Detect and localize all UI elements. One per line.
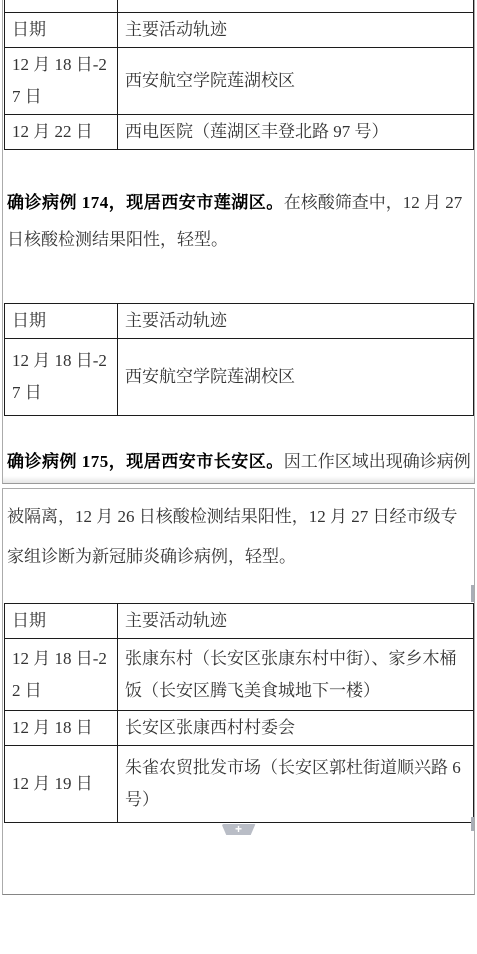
table-row: 12 月 18 日-27 日 西安航空学院莲湖校区 <box>5 339 474 416</box>
case-175-body-part2: 被隔离，12 月 26 日核酸检测结果阳性，12 月 27 日经市级专家组诊断为… <box>7 507 458 566</box>
page-section-lower: 被隔离，12 月 26 日核酸检测结果阳性，12 月 27 日经市级专家组诊断为… <box>2 488 475 895</box>
case-174-lead: 确诊病例 174，现居西安市莲湖区。 <box>7 193 284 212</box>
case-175-paragraph-start: 确诊病例 175，现居西安市长安区。因工作区域出现确诊病例 <box>7 443 471 480</box>
table-row: 12 月 18 日 长安区张康西村村委会 <box>5 711 474 746</box>
cell-date: 12 月 18 日-27 日 <box>5 339 118 416</box>
cutoff-cell <box>5 0 118 12</box>
cell-track: 西安航空学院莲湖校区 <box>118 339 474 416</box>
col-header-track: 主要活动轨迹 <box>118 12 474 47</box>
case-175-paragraph-continued: 被隔离，12 月 26 日核酸检测结果阳性，12 月 27 日经市级专家组诊断为… <box>7 497 471 577</box>
table-header-row: 日期 主要活动轨迹 <box>5 604 474 639</box>
cutoff-row <box>5 0 474 12</box>
expand-button[interactable]: + <box>222 824 256 835</box>
case-175-body-part1: 因工作区域出现确诊病例 <box>284 452 471 471</box>
activity-table-case-174: 日期 主要活动轨迹 12 月 18 日-27 日 西安航空学院莲湖校区 12 月… <box>4 0 474 150</box>
scrollbar-thumb[interactable] <box>471 585 474 602</box>
cell-date: 12 月 22 日 <box>5 114 118 149</box>
col-header-date: 日期 <box>5 304 118 339</box>
cutoff-cell <box>118 0 474 12</box>
plus-icon: + <box>222 824 256 834</box>
scrollbar-thumb[interactable] <box>471 817 474 831</box>
table-header-row: 日期 主要活动轨迹 <box>5 304 474 339</box>
case-175-lead: 确诊病例 175，现居西安市长安区。 <box>7 452 284 471</box>
table-row: 12 月 18 日-22 日 张康东村（长安区张康东村中街）、家乡木桶饭（长安区… <box>5 639 474 711</box>
cell-track: 西电医院（莲湖区丰登北路 97 号） <box>118 114 474 149</box>
col-header-track: 主要活动轨迹 <box>118 304 474 339</box>
cell-date: 12 月 19 日 <box>5 746 118 823</box>
cell-track: 西安航空学院莲湖校区 <box>118 47 474 114</box>
col-header-date: 日期 <box>5 604 118 639</box>
page-section-upper: 日期 主要活动轨迹 12 月 18 日-27 日 西安航空学院莲湖校区 12 月… <box>2 0 475 484</box>
col-header-track: 主要活动轨迹 <box>118 604 474 639</box>
cell-track: 长安区张康西村村委会 <box>118 711 474 746</box>
activity-table-case-175: 日期 主要活动轨迹 12 月 18 日-22 日 张康东村（长安区张康东村中街）… <box>4 603 474 823</box>
cell-date: 12 月 18 日 <box>5 711 118 746</box>
col-header-date: 日期 <box>5 12 118 47</box>
table-row: 12 月 22 日 西电医院（莲湖区丰登北路 97 号） <box>5 114 474 149</box>
cell-track: 张康东村（长安区张康东村中街）、家乡木桶饭（长安区腾飞美食城地下一楼） <box>118 639 474 711</box>
table-header-row: 日期 主要活动轨迹 <box>5 12 474 47</box>
bulletin-page: { "colors": { "table_border": "#1c1c1c",… <box>0 0 477 954</box>
case-174-paragraph: 确诊病例 174，现居西安市莲湖区。在核酸筛查中，12 月 27 日核酸检测结果… <box>7 184 471 258</box>
activity-table-case-175-upper: 日期 主要活动轨迹 12 月 18 日-27 日 西安航空学院莲湖校区 <box>4 303 474 416</box>
table-row: 12 月 19 日 朱雀农贸批发市场（长安区郭杜街道顺兴路 6 号） <box>5 746 474 823</box>
cell-track: 朱雀农贸批发市场（长安区郭杜街道顺兴路 6 号） <box>118 746 474 823</box>
cell-date: 12 月 18 日-22 日 <box>5 639 118 711</box>
cell-date: 12 月 18 日-27 日 <box>5 47 118 114</box>
table-row: 12 月 18 日-27 日 西安航空学院莲湖校区 <box>5 47 474 114</box>
